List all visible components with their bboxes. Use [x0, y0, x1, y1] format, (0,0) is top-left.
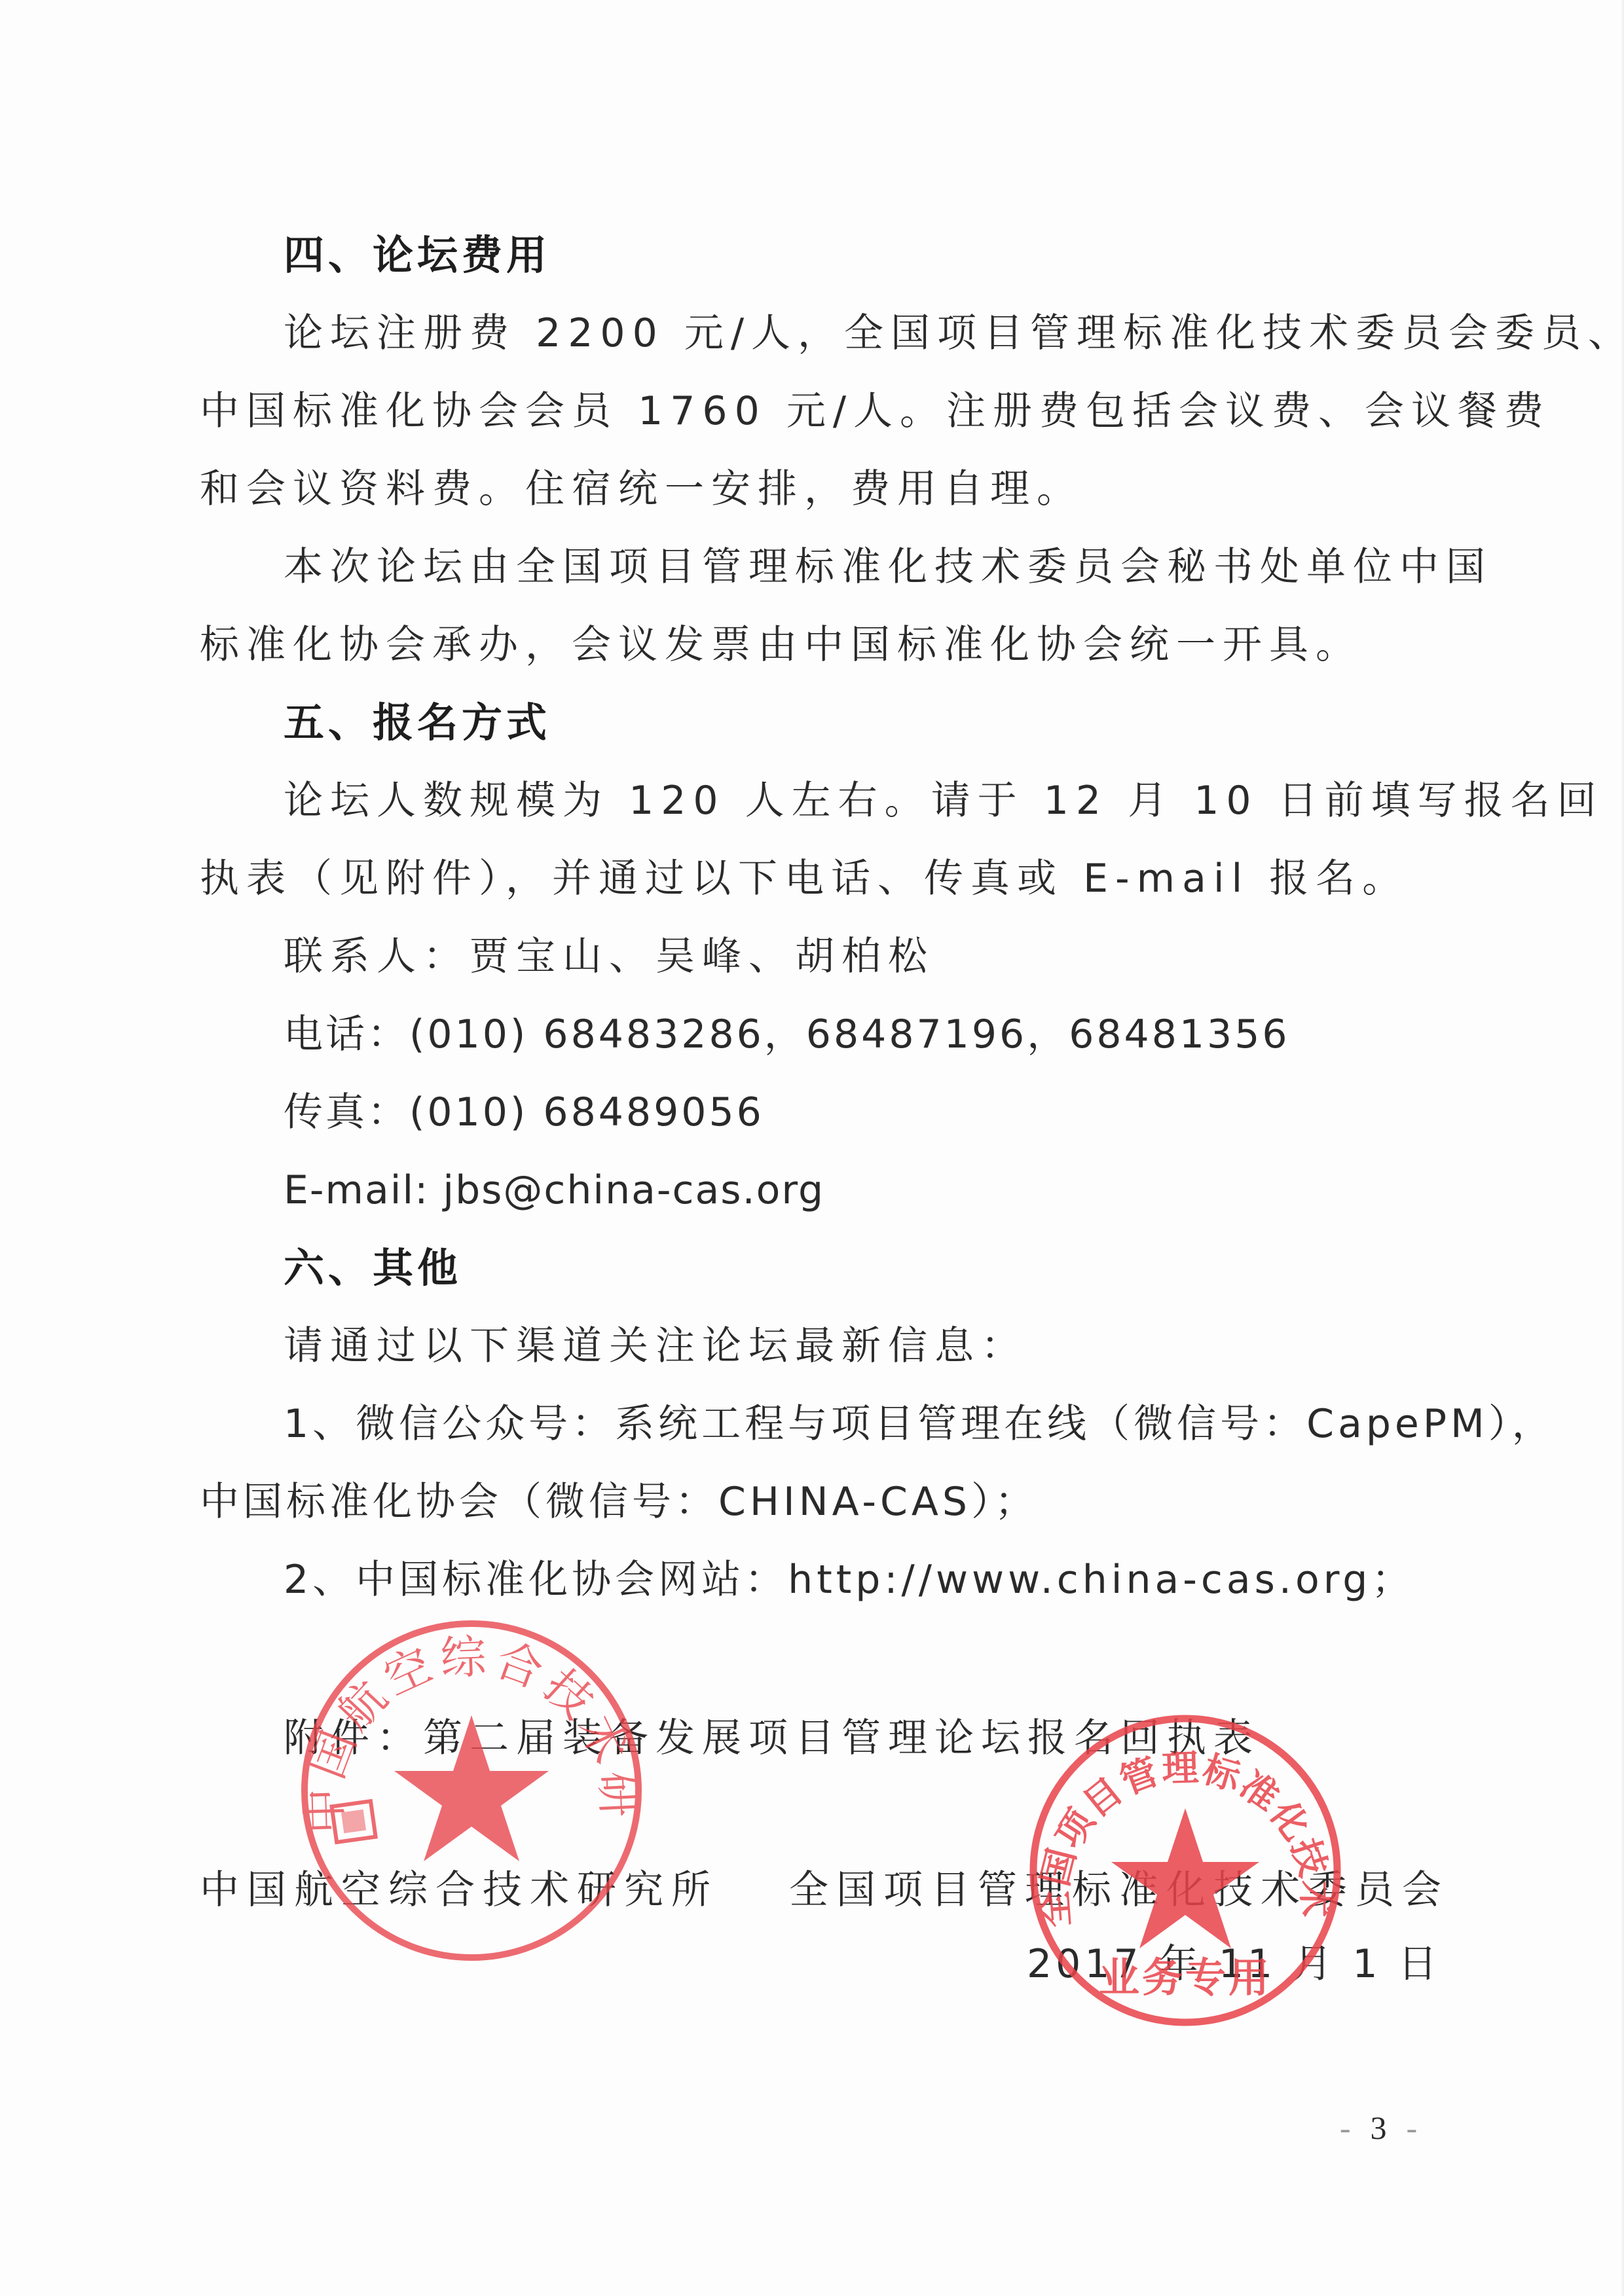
page-scan-edge: [1620, 0, 1624, 2296]
paragraph-line: 中国标准化协会会员 1760 元/人。注册费包括会议费、会议餐费: [200, 372, 1551, 450]
page-number-value: 3: [1371, 2109, 1407, 2146]
paragraph-line: 请通过以下渠道关注论坛最新信息：: [284, 1307, 1027, 1385]
email-line[interactable]: E-mail: jbs@china-cas.org: [284, 1151, 824, 1230]
paragraph-line: 论坛人数规模为 120 人左右。请于 12 月 10 日前填写报名回: [284, 761, 1604, 840]
page-number-dash-right: -: [1407, 2109, 1437, 2146]
paragraph-line: 本次论坛由全国项目管理标准化技术委员会秘书处单位中国: [284, 528, 1492, 606]
page-number: -3-: [1323, 2105, 1454, 2151]
signature-right-org: 全国项目管理标准化技术委员会: [789, 1851, 1449, 1929]
fax-line: 传真：(010) 68489056: [284, 1073, 764, 1152]
list-item-wechat-cont: 中国标准化协会（微信号：CHINA-CAS）；: [200, 1463, 1038, 1541]
document-page: 四、论坛费用 论坛注册费 2200 元/人，全国项目管理标准化技术委员会委员、 …: [0, 0, 1624, 2296]
list-item-wechat: 1、微信公众号：系统工程与项目管理在线（微信号：CapePM），: [284, 1385, 1555, 1463]
section-heading-fees: 四、论坛费用: [284, 216, 551, 295]
section-heading-registration: 五、报名方式: [284, 683, 551, 762]
list-item-website[interactable]: 2、中国标准化协会网站：http://www.china-cas.org；: [284, 1540, 1414, 1619]
attachment-line: 附件：第二届装备发展项目管理论坛报名回执表: [284, 1699, 1260, 1777]
paragraph-line: 和会议资料费。住宿统一安排，费用自理。: [200, 450, 1083, 528]
signature-left-org: 中国航空综合技术研究所: [200, 1851, 718, 1929]
phone-line: 电话：(010) 68483286，68487196，68481356: [284, 995, 1290, 1074]
paragraph-line: 标准化协会承办，会议发票由中国标准化协会统一开具。: [200, 606, 1362, 684]
contacts-line: 联系人：贾宝山、吴峰、胡柏松: [284, 917, 934, 996]
signature-date: 2017 年 11 月 1 日: [1027, 1925, 1441, 2003]
paragraph-line: 论坛注册费 2200 元/人，全国项目管理标准化技术委员会委员、: [284, 294, 1624, 373]
section-heading-other: 六、其他: [284, 1229, 462, 1307]
paragraph-line: 执表（见附件），并通过以下电话、传真或 E-mail 报名。: [200, 839, 1409, 918]
page-number-dash-left: -: [1340, 2109, 1371, 2146]
